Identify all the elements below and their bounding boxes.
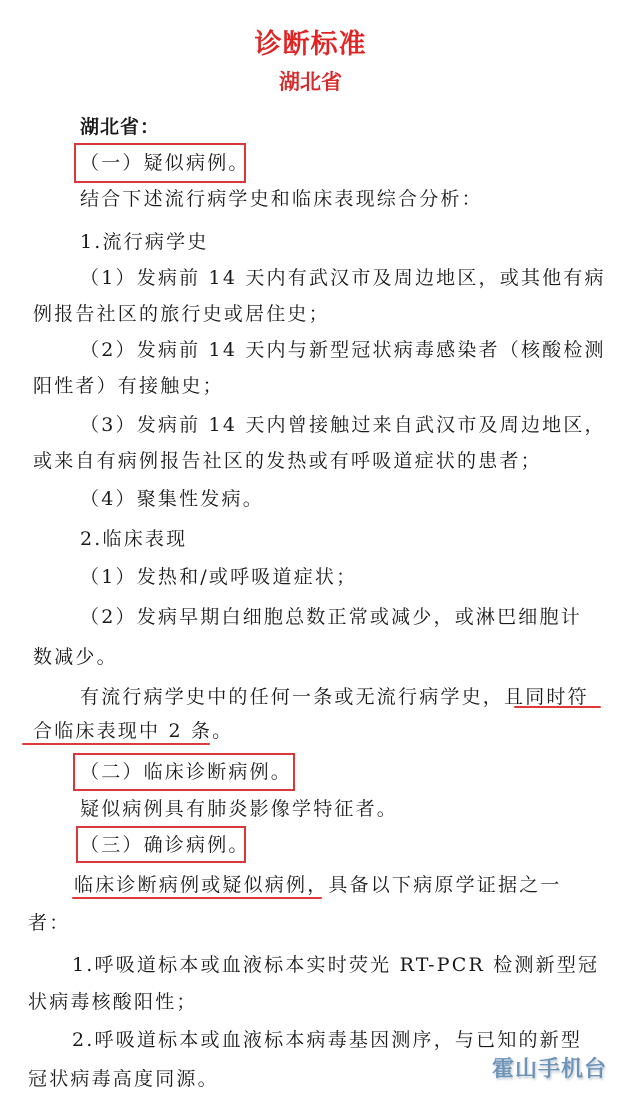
confirmed-item-2-line1: 2.呼吸道标本或血液标本病毒基因测序，与已知的新型 xyxy=(72,1027,582,1053)
clinical-item-2-line2: 数减少。 xyxy=(33,644,118,670)
criteria-line1: 有流行病学史中的任何一条或无流行病学史，且同时符 xyxy=(80,684,589,710)
clinical-text: 疑似病例具有肺炎影像学特征者。 xyxy=(80,796,398,822)
criteria-underlined-2: 合临床表现中 2 条 xyxy=(33,720,212,742)
confirmed-intro-rest: ，具备以下病原学证据之一 xyxy=(307,874,561,896)
confirmed-item-1-line1: 1.呼吸道标本或血液标本实时荧光 RT-PCR 检测新型冠 xyxy=(72,952,599,978)
heading-clinical: （二）临床诊断病例。 xyxy=(80,759,292,785)
epi-item-3-line1: （3）发病前 14 天内曾接触过来自武汉市及周边地区， xyxy=(80,412,606,438)
epi-item-1-line2: 例报告社区的旅行史或居住史； xyxy=(33,301,330,327)
epi-item-2-line1: （2）发病前 14 天内与新型冠状病毒感染者（核酸检测 xyxy=(80,337,606,363)
epi-title: 1.流行病学史 xyxy=(80,229,209,255)
criteria-plain: 有流行病学史中的任何一条或无流行病学史， xyxy=(80,686,504,708)
clinical-title: 2.临床表现 xyxy=(80,526,187,552)
clinical-item-2-line1: （2）发病早期白细胞总数正常或减少，或淋巴细胞计 xyxy=(80,604,582,630)
heading-suspected: （一）疑似病例。 xyxy=(80,150,250,176)
epi-item-1-line1: （1）发病前 14 天内有武汉市及周边地区，或其他有病 xyxy=(80,265,606,291)
confirmed-intro-underlined: 临床诊断病例或疑似病例 xyxy=(74,874,307,896)
epi-item-4-line1: （4）聚集性发病。 xyxy=(80,486,264,512)
confirmed-intro: 临床诊断病例或疑似病例，具备以下病原学证据之一 xyxy=(74,872,562,898)
watermark-logo: 霍山手机台 xyxy=(492,1052,607,1083)
confirmed-item-1-line2: 状病毒核酸阳性； xyxy=(28,989,198,1015)
clinical-item-1: （1）发热和/或呼吸道症状； xyxy=(80,564,357,590)
confirmed-item-2-line2: 冠状病毒高度同源。 xyxy=(28,1066,219,1092)
criteria-underlined-1: 且同时符 xyxy=(504,686,589,708)
epi-item-2-line2: 阳性者）有接触史； xyxy=(33,373,224,399)
criteria-line2: 合临床表现中 2 条。 xyxy=(33,718,233,744)
suspected-intro: 结合下述流行病学史和临床表现综合分析： xyxy=(80,186,483,212)
underline-criteria-2 xyxy=(22,743,210,745)
underline-confirmed xyxy=(72,897,322,899)
underline-criteria-1 xyxy=(514,706,601,708)
title: 诊断标准 xyxy=(0,22,621,61)
subtitle: 湖北省 xyxy=(0,66,621,96)
confirmed-intro-line2: 者： xyxy=(28,910,70,936)
heading-confirmed: （三）确诊病例。 xyxy=(80,832,250,858)
epi-item-3-line2: 或来自有病例报告社区的发热或有呼吸道症状的患者； xyxy=(33,448,542,474)
section-label: 湖北省： xyxy=(80,114,160,140)
criteria-end: 。 xyxy=(212,720,233,742)
